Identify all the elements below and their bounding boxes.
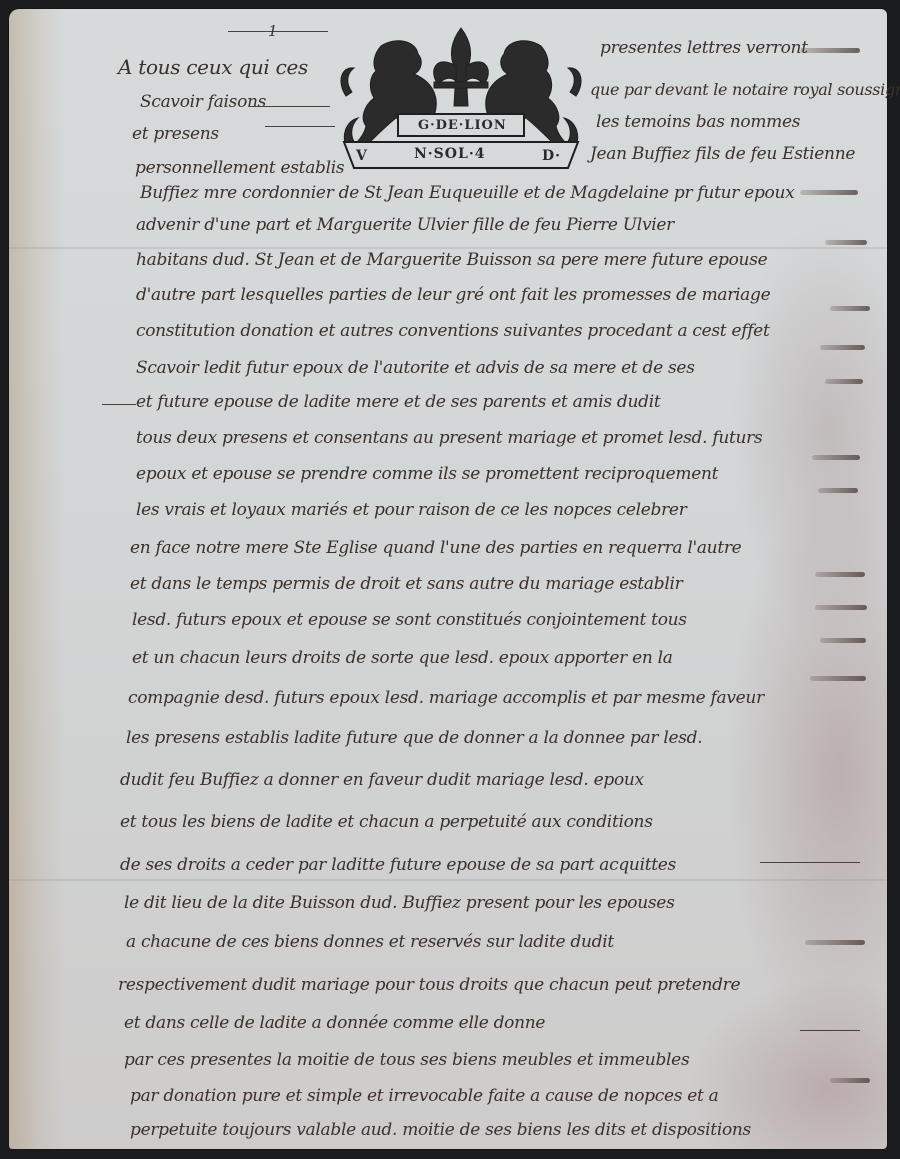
manuscript-line-17: lesd. futurs epoux et epouse se sont con… — [132, 610, 687, 630]
manuscript-line-2-left: Scavoir faisons — [140, 92, 266, 112]
line-end-flourish — [815, 572, 865, 577]
line-fill-dash — [265, 126, 335, 127]
manuscript-line-3-right: les temoins bas nommes — [596, 112, 800, 132]
fiscal-stamp: G·DE·LION V N·SOL·4 D· — [336, 26, 586, 176]
manuscript-line-7: habitans dud. St Jean et de Marguerite B… — [136, 250, 767, 270]
manuscript-line-6: advenir d'une part et Marguerite Ulvier … — [136, 215, 674, 235]
stamp-bottom-text: N·SOL·4 — [414, 146, 485, 162]
manuscript-line-30: perpetuite toujours valable aud. moitie … — [130, 1120, 751, 1140]
manuscript-line-11: et future epouse de ladite mere et de se… — [136, 392, 660, 412]
line-end-flourish — [820, 638, 866, 643]
stamp-bottom-right-text: D· — [542, 148, 561, 164]
line-end-flourish — [825, 240, 867, 245]
line-end-flourish — [800, 190, 858, 195]
paper-fold-line — [9, 247, 887, 249]
manuscript-line-13: epoux et epouse se prendre comme ils se … — [136, 464, 718, 484]
manuscript-line-29: par donation pure et simple et irrevocab… — [130, 1086, 718, 1106]
manuscript-line-9: constitution donation et autres conventi… — [136, 321, 769, 341]
manuscript-line-24: le dit lieu de la dite Buisson dud. Buff… — [124, 893, 675, 913]
stamp-bottom-left-text: V — [356, 148, 368, 164]
line-end-flourish — [805, 940, 865, 945]
line-end-flourish — [812, 455, 860, 460]
page-number-rule — [228, 31, 328, 32]
manuscript-line-23: de ses droits a ceder par laditte future… — [120, 855, 676, 875]
manuscript-line-19: compagnie desd. futurs epoux lesd. maria… — [128, 688, 764, 708]
manuscript-line-20: les presens establis ladite future que d… — [126, 728, 702, 748]
manuscript-line-15: en face notre mere Ste Eglise quand l'un… — [130, 538, 741, 558]
manuscript-line-27: et dans celle de ladite a donnée comme e… — [124, 1013, 545, 1033]
line-end-flourish — [830, 1078, 870, 1083]
line-end-flourish — [810, 676, 866, 681]
line-end-flourish — [815, 605, 867, 610]
manuscript-line-4-left: personnellement establis — [135, 158, 344, 178]
manuscript-line-10: Scavoir ledit futur epoux de l'autorite … — [136, 358, 695, 378]
line-end-flourish — [800, 48, 860, 53]
manuscript-line-28: par ces presentes la moitie de tous ses … — [124, 1050, 689, 1070]
paper-fold-line — [9, 879, 887, 881]
page-number: 1 — [268, 22, 278, 40]
manuscript-line-16: et dans le temps permis de droit et sans… — [130, 574, 682, 594]
line-fill-dash — [800, 1030, 860, 1031]
line-fill-dash — [250, 106, 330, 107]
line-end-flourish — [830, 306, 870, 311]
manuscript-line-2-right: que par devant le notaire royal soussign… — [590, 80, 900, 99]
line-end-flourish — [818, 488, 858, 493]
line-fill-dash — [760, 862, 860, 863]
manuscript-line-4-right: Jean Buffiez fils de feu Estienne — [590, 144, 855, 164]
line-end-flourish — [825, 379, 863, 384]
manuscript-line-8: d'autre part lesquelles parties de leur … — [136, 285, 770, 305]
line-end-flourish — [820, 345, 865, 350]
margin-pointer-dash — [102, 404, 136, 405]
stamp-top-text: G·DE·LION — [418, 118, 507, 133]
manuscript-line-18: et un chacun leurs droits de sorte que l… — [132, 648, 673, 668]
manuscript-line-3-left: et presens — [132, 124, 219, 144]
manuscript-line-21: dudit feu Buffiez a donner en faveur dud… — [120, 770, 644, 790]
manuscript-line-22: et tous les biens de ladite et chacun a … — [120, 812, 653, 832]
manuscript-line-25: a chacune de ces biens donnes et reservé… — [126, 932, 614, 952]
manuscript-line-14: les vrais et loyaux mariés et pour raiso… — [136, 500, 687, 520]
manuscript-line-12: tous deux presens et consentans au prese… — [136, 428, 762, 448]
manuscript-line-1-left: A tous ceux qui ces — [118, 55, 308, 79]
manuscript-line-5: Buffiez mre cordonnier de St Jean Euqueu… — [140, 183, 794, 203]
manuscript-line-1-right: presentes lettres verront — [600, 38, 808, 58]
manuscript-line-26: respectivement dudit mariage pour tous d… — [118, 975, 740, 995]
